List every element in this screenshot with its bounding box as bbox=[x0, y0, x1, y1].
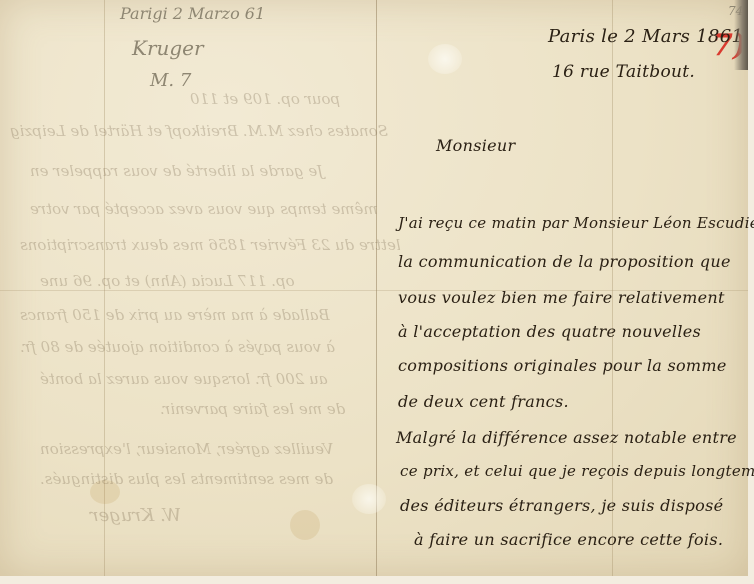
body-line: des éditeurs étrangers, je suis disposé bbox=[400, 496, 723, 515]
letter-address: 16 rue Taitbout. bbox=[552, 62, 695, 82]
body-line: la communication de la proposition que bbox=[398, 252, 731, 271]
body-line: de deux cent francs. bbox=[398, 392, 569, 411]
pencil-note-name: Kruger bbox=[132, 36, 204, 60]
bleed-through-signature: W. Kruger bbox=[90, 505, 181, 526]
bleed-through-line: au 200 fr. lorsque vous aurez la bonté bbox=[40, 370, 328, 388]
body-line: vous voulez bien me faire relativement bbox=[398, 288, 725, 307]
letter-sheet: pour op. 109 et 110 Sonates chez M.M. Br… bbox=[0, 0, 748, 576]
bleed-through-line: pour op. 109 et 110 bbox=[190, 90, 340, 108]
bleed-through-line: de mes sentiments les plus distingués. bbox=[40, 470, 333, 488]
bleed-through-line: lettre du 23 Février 1856 mes deux trans… bbox=[20, 236, 401, 254]
bleed-through-line: Sonates chez M.M. Breitkopf et Härtel de… bbox=[10, 122, 388, 140]
embossed-stamp bbox=[428, 44, 462, 74]
bleed-through-line: op. 117 Lucia (Ahn) et op. 96 une bbox=[40, 272, 295, 290]
bleed-through-line: Je garde la liberté de vous rappeler en bbox=[30, 162, 323, 180]
pencil-note-date: Parigi 2 Marzo 61 bbox=[120, 4, 265, 23]
letter-date: Paris le 2 Mars 1861. bbox=[548, 26, 749, 47]
paper-stain bbox=[290, 510, 320, 540]
body-line: Malgré la différence assez notable entre bbox=[396, 428, 737, 447]
body-line: à faire un sacrifice encore cette fois. bbox=[414, 530, 723, 549]
bleed-through-line: Ballade à ma mère au prix de 150 francs bbox=[20, 306, 330, 324]
bleed-through-line: de me les faire parvenir. bbox=[160, 400, 345, 418]
body-line: J'ai reçu ce matin par Monsieur Léon Esc… bbox=[398, 214, 754, 232]
embossed-stamp bbox=[352, 484, 386, 514]
letter-salutation: Monsieur bbox=[436, 136, 515, 155]
bleed-through-line: même temps que vous avez accepté par vot… bbox=[30, 200, 378, 218]
body-line: à l'acceptation des quatre nouvelles bbox=[398, 322, 701, 341]
bleed-through-line: Veuillez agréer, Monsieur, l'expression bbox=[40, 440, 333, 458]
bleed-through-line: à vous payés à condition ajoutée de 80 f… bbox=[20, 338, 335, 356]
body-line: compositions originales pour la somme bbox=[398, 356, 727, 375]
pencil-note-number: M. 7 bbox=[150, 70, 191, 91]
page-corner-shadow bbox=[734, 0, 748, 70]
body-line: ce prix, et celui que je reçois depuis l… bbox=[400, 462, 754, 480]
